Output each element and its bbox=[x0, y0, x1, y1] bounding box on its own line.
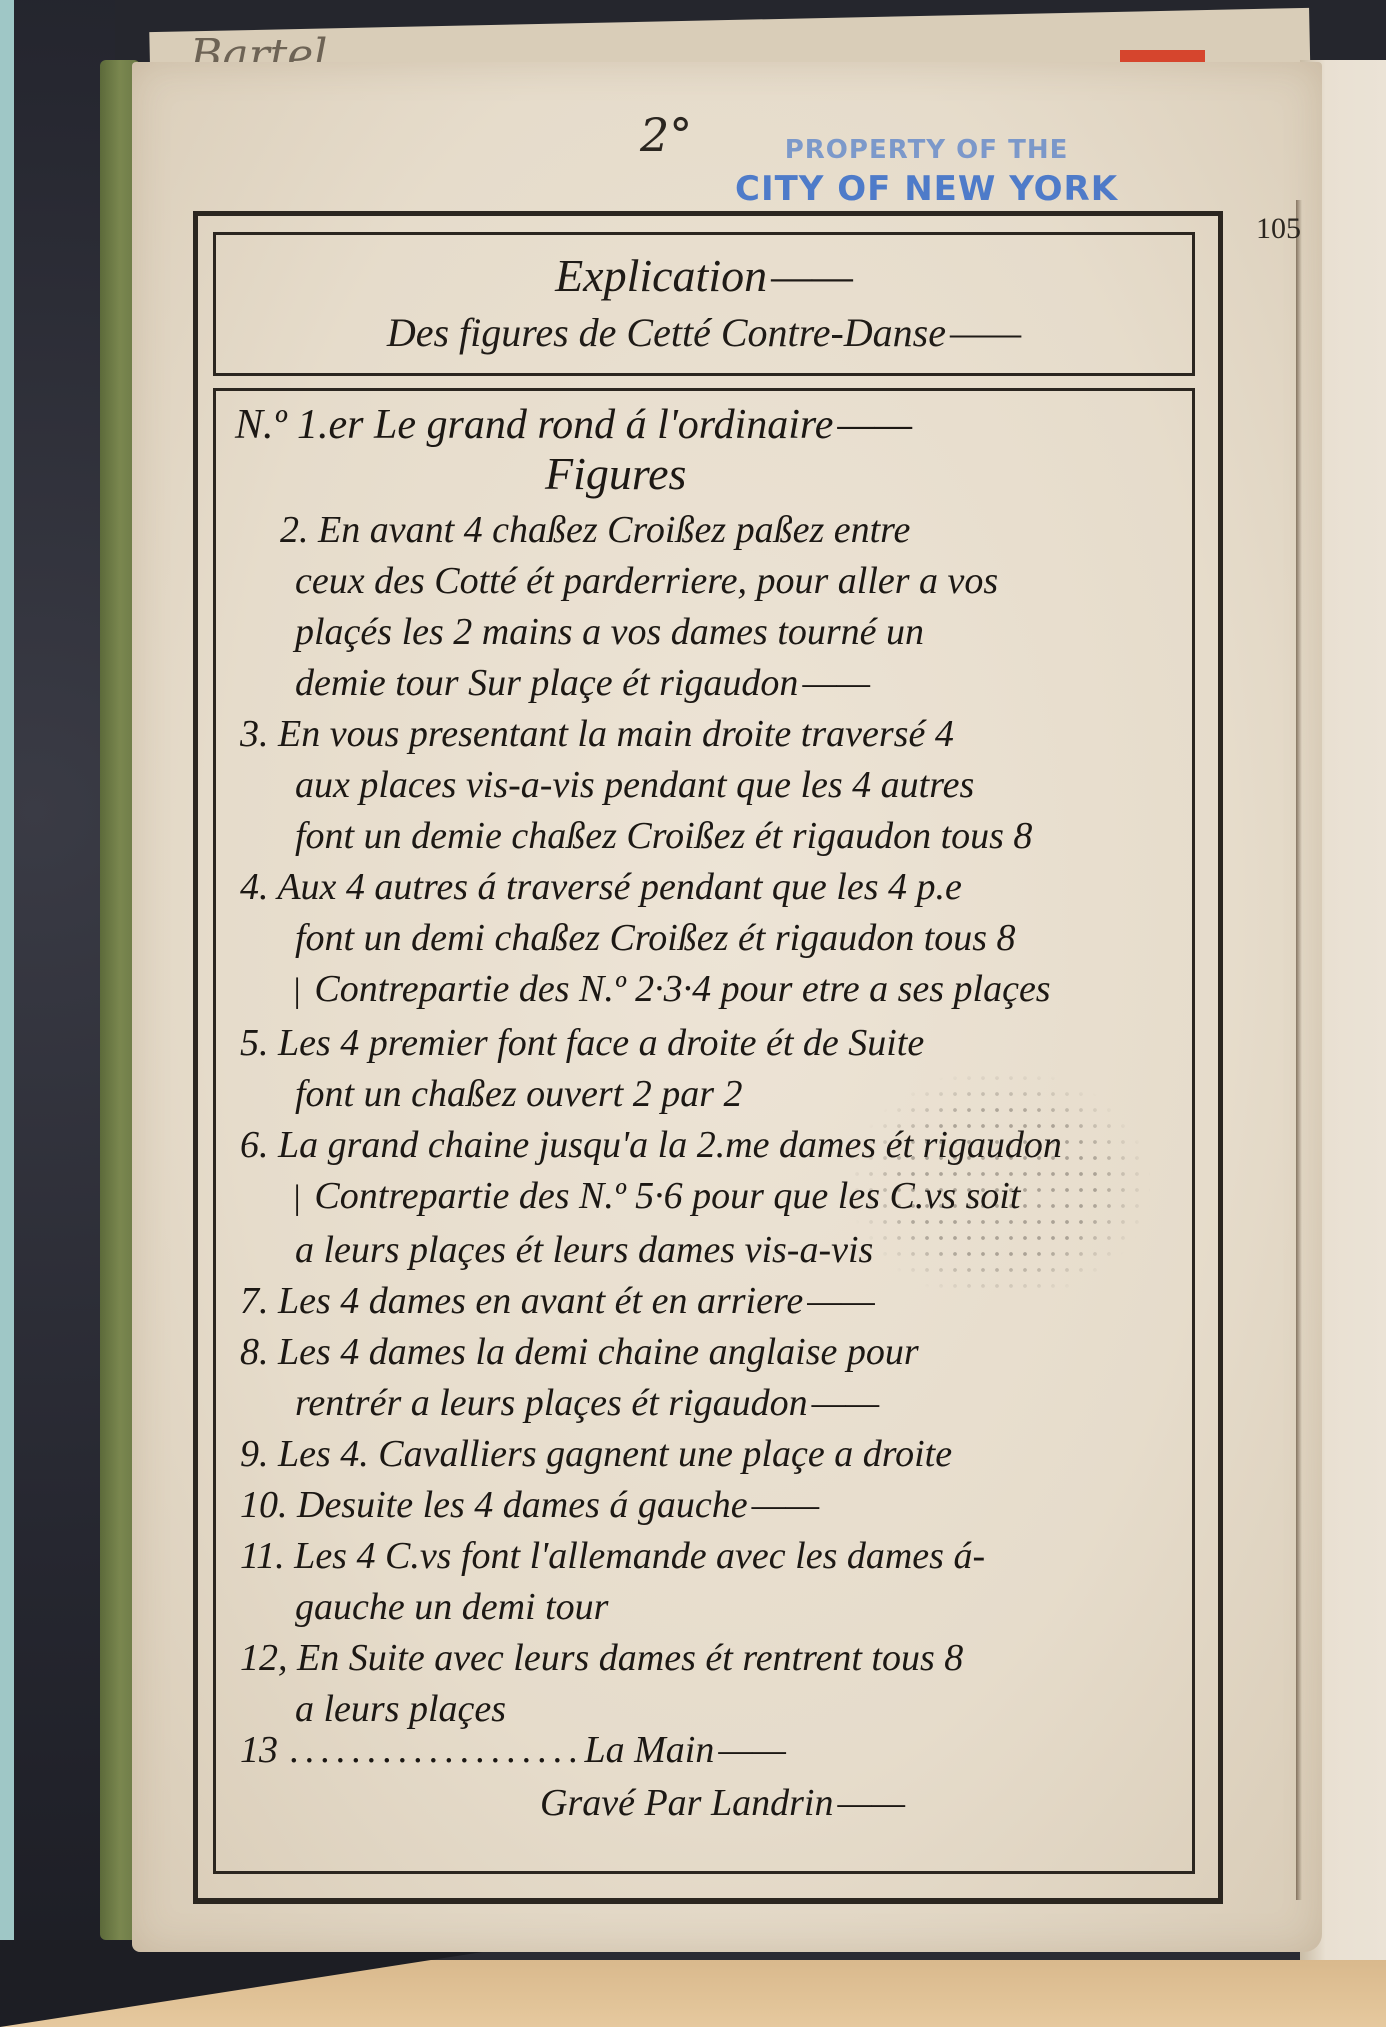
entry-line: font un demi chaßez Croißez ét rigaudon … bbox=[240, 913, 1200, 964]
dark-felt-background bbox=[0, 0, 115, 2027]
library-stamp: PROPERTY OF THE CITY OF NEW YORK bbox=[735, 135, 1118, 209]
entry-line: 9. Les 4. Cavalliers gagnent une plaçe a… bbox=[240, 1429, 1200, 1480]
contrepartie-line: Contrepartie des N.º 2·3·4 pour etre a s… bbox=[240, 964, 1200, 1018]
background-edge-strip bbox=[0, 0, 14, 2027]
embossed-dot-marks bbox=[850, 1070, 1150, 1300]
entry-line: gauche un demi tour bbox=[240, 1582, 1200, 1633]
document-subtitle: Des figures de Cetté Contre-Danse bbox=[216, 309, 1192, 356]
entry-11: 11. Les 4 C.vs font l'allemande avec les… bbox=[240, 1531, 1200, 1633]
entry-9: 9. Les 4. Cavalliers gagnent une plaçe a… bbox=[240, 1429, 1200, 1480]
entry-line: plaçés les 2 mains a vos dames tourné un bbox=[240, 607, 1200, 658]
entry-line: 12, En Suite avec leurs dames ét rentren… bbox=[240, 1633, 1200, 1684]
entry-10: 10. Desuite les 4 dames á gauche bbox=[240, 1480, 1200, 1531]
stamp-line-1: PROPERTY OF THE bbox=[735, 135, 1118, 165]
entry-line: ceux des Cotté ét parderriere, pour alle… bbox=[240, 556, 1200, 607]
entry-12: 12, En Suite avec leurs dames ét rentren… bbox=[240, 1633, 1200, 1735]
entry-line: 3. En vous presentant la main droite tra… bbox=[240, 709, 1200, 760]
entry-line: 2. En avant 4 chaßez Croißez paßez entre bbox=[240, 505, 1200, 556]
intro-line: N.º 1.er Le grand rond á l'ordinaire bbox=[235, 400, 912, 451]
entry-4: 4. Aux 4 autres á traversé pendant que l… bbox=[240, 862, 1200, 1018]
closing-number: 13 bbox=[240, 1725, 290, 1776]
entry-line: 4. Aux 4 autres á traversé pendant que l… bbox=[240, 862, 1200, 913]
entry-line: 11. Les 4 C.vs font l'allemande avec les… bbox=[240, 1531, 1200, 1582]
entry-line: aux places vis-a-vis pendant que les 4 a… bbox=[240, 760, 1200, 811]
entry-line: 10. Desuite les 4 dames á gauche bbox=[240, 1480, 1200, 1531]
entry-line: demie tour Sur plaçe ét rigaudon bbox=[240, 658, 1200, 709]
folio-number: 105 bbox=[1256, 212, 1301, 246]
leader-dots: ................... bbox=[290, 1729, 585, 1771]
stamp-line-2: CITY OF NEW YORK bbox=[735, 169, 1118, 209]
entry-line: 5. Les 4 premier font face a droite ét d… bbox=[240, 1018, 1200, 1069]
title-box: Explication Des figures de Cetté Contre-… bbox=[213, 232, 1195, 376]
entry-2: 2. En avant 4 chaßez Croißez paßez entre… bbox=[240, 505, 1200, 709]
figures-heading: Figures bbox=[545, 448, 686, 499]
entry-line: font un demie chaßez Croißez ét rigaudon… bbox=[240, 811, 1200, 862]
closing-text: La Main bbox=[585, 1729, 786, 1771]
document-title: Explication bbox=[216, 249, 1192, 302]
entry-8: 8. Les 4 dames la demi chaine anglaise p… bbox=[240, 1327, 1200, 1429]
entry-line: rentrér a leurs plaçes ét rigaudon bbox=[240, 1378, 1200, 1429]
engraver-credit: Gravé Par Landrin bbox=[540, 1778, 905, 1829]
closing-line: 13...................La Main bbox=[240, 1725, 1200, 1776]
handwritten-mark: 2° bbox=[640, 108, 692, 162]
entry-line: 8. Les 4 dames la demi chaine anglaise p… bbox=[240, 1327, 1200, 1378]
entry-3: 3. En vous presentant la main droite tra… bbox=[240, 709, 1200, 862]
page-gutter bbox=[1296, 200, 1302, 1900]
